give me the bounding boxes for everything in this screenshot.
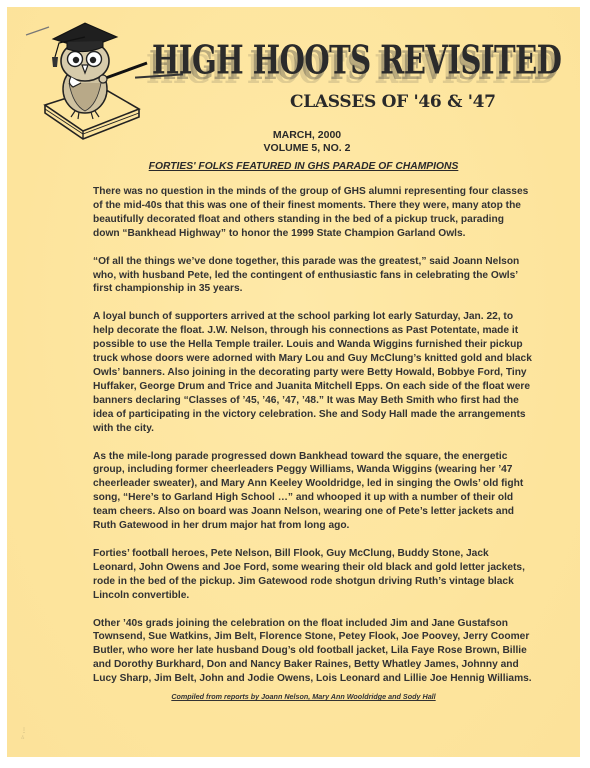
article-paragraph: Other ’40s grads joining the celebration… [93, 617, 533, 687]
article-paragraph: “Of all the things we’ve done together, … [93, 255, 533, 297]
owl-graduate-logo-icon [23, 13, 153, 141]
issue-info: MARCH, 2000 VOLUME 5, NO. 2 [217, 129, 397, 155]
article-paragraph: There was no question in the minds of th… [93, 185, 533, 241]
article-credit: Compiled from reports by Joann Nelson, M… [67, 692, 540, 701]
newsletter-title: HIGH HOOTS REVISITED [152, 37, 572, 83]
scan-artifact: ⋮∴ [21, 727, 27, 741]
newsletter-page: HIGH HOOTS REVISITED CLASSES OF '46 & '4… [7, 7, 580, 757]
article-paragraph: A loyal bunch of supporters arrived at t… [93, 310, 533, 435]
issue-volume: VOLUME 5, NO. 2 [217, 142, 397, 155]
article-body: There was no question in the minds of th… [93, 185, 533, 700]
article-paragraph: As the mile-long parade progressed down … [93, 450, 533, 533]
newsletter-subtitle: CLASSES OF '46 & '47 [290, 92, 496, 112]
issue-date: MARCH, 2000 [217, 129, 397, 142]
article-paragraph: Forties’ football heroes, Pete Nelson, B… [93, 547, 533, 603]
article-headline: FORTIES' FOLKS FEATURED IN GHS PARADE OF… [67, 161, 540, 172]
